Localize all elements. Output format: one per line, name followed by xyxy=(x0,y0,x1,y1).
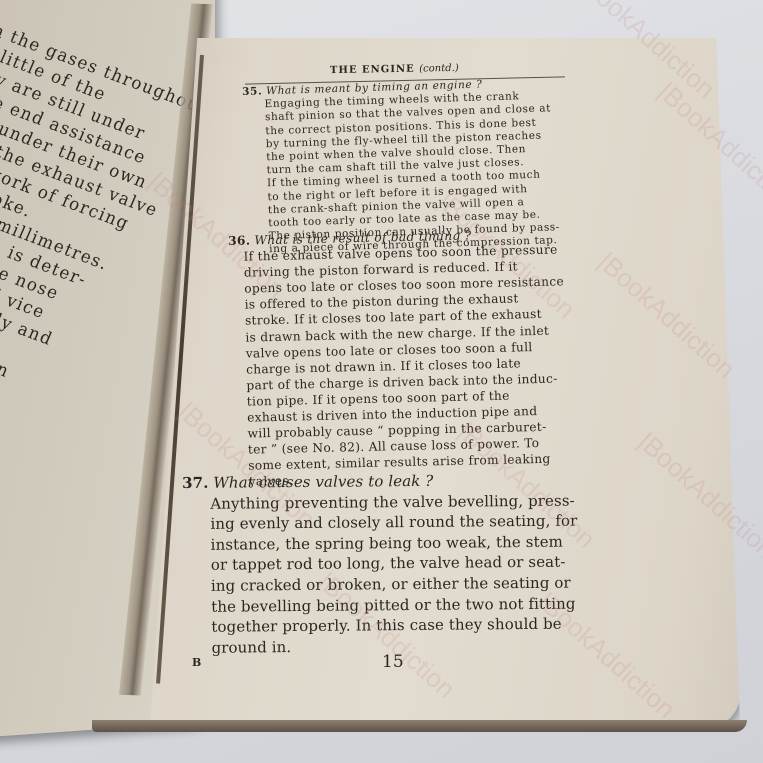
question-number: 36. xyxy=(228,232,250,249)
running-head-title: THE ENGINE xyxy=(330,64,415,76)
right-page-content: THE ENGINE (contd.) 35. What is meant by… xyxy=(0,0,763,763)
answer: If the exhaust valve opens too soon the … xyxy=(228,241,568,490)
question-36: 36. What is the result of bad timing ? I… xyxy=(228,225,568,490)
answer: Anything preventing the valve bevelling,… xyxy=(182,490,578,658)
question-number: 37. xyxy=(182,473,209,494)
running-head-suffix: (contd.) xyxy=(419,63,459,75)
signature-mark: B xyxy=(192,656,201,669)
question-37: 37. What causes valves to leak ? Anythin… xyxy=(182,470,579,659)
answer-line: ing evenly and closely all round the sea… xyxy=(210,511,577,535)
answer-line: ing cracked or broken, or either the sea… xyxy=(211,573,578,597)
running-head: THE ENGINE (contd.) xyxy=(330,63,459,76)
page-number: 15 xyxy=(382,652,404,672)
answer-line: together properly. In this case they sho… xyxy=(211,614,578,638)
question-text: What causes valves to leak ? xyxy=(213,472,433,492)
question-number: 35. xyxy=(242,85,262,99)
